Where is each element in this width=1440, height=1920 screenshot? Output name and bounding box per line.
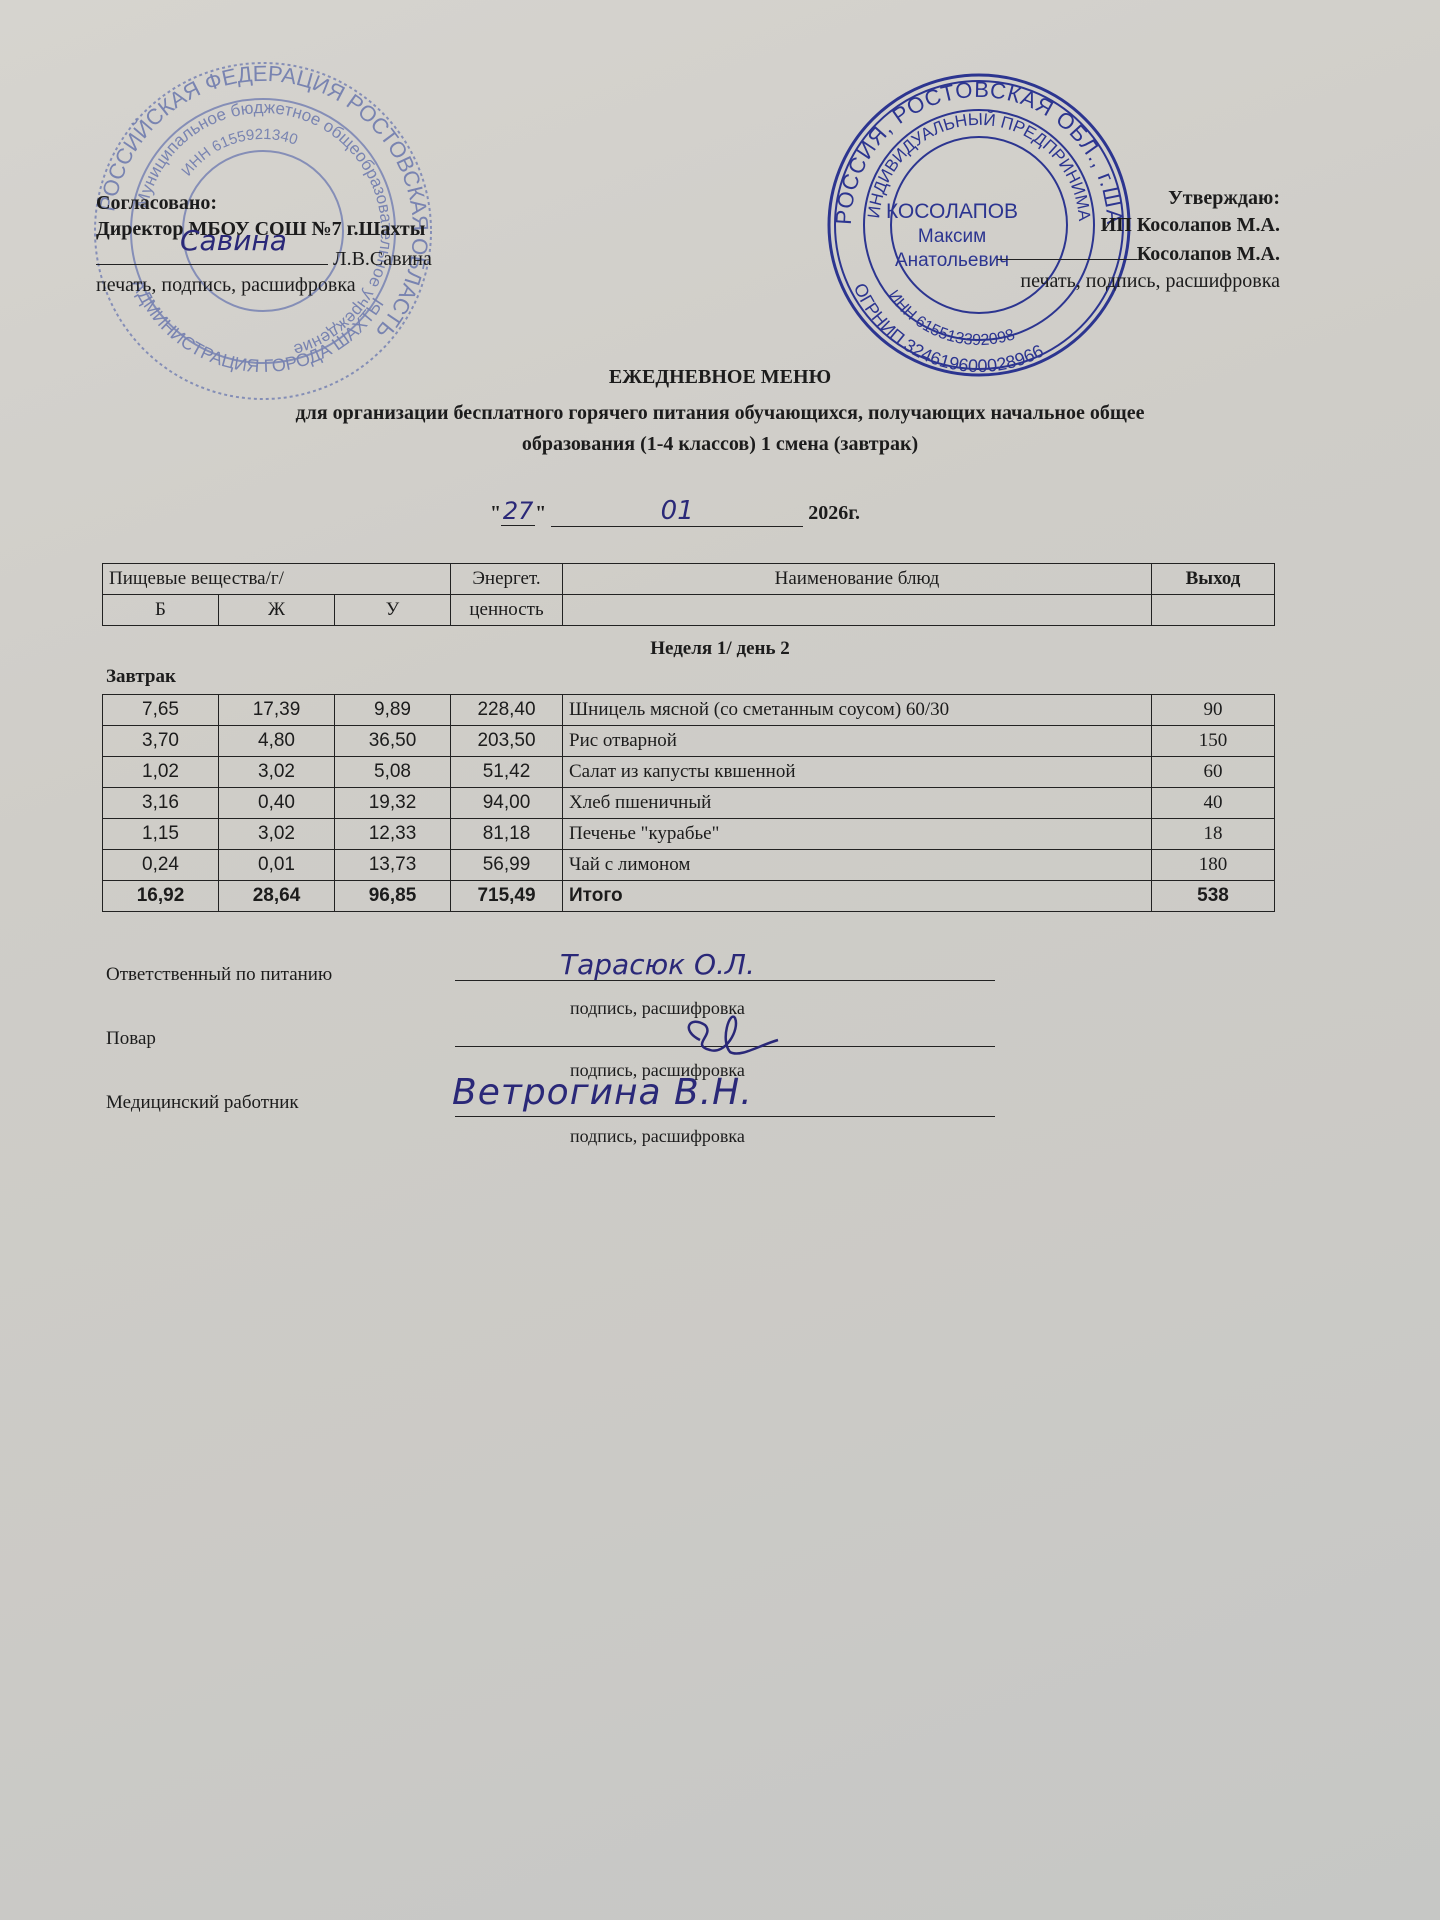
- menu-table: 7,6517,399,89228,40Шницель мясной (со см…: [102, 694, 1275, 912]
- signature-line: Савина: [96, 242, 328, 265]
- approval-left-caption: печать, подпись, расшифровка: [96, 272, 432, 298]
- document-subtitle-2: образования (1-4 классов) 1 смена (завтр…: [0, 433, 1440, 456]
- protein-cell: 16,92: [103, 881, 219, 912]
- dish-name-cell: Итого: [563, 881, 1152, 912]
- date-day: 27: [503, 497, 534, 525]
- yield-cell: 18: [1152, 819, 1275, 850]
- energy-cell: 228,40: [451, 695, 563, 726]
- dish-name-cell: Салат из капусты квшенной: [563, 757, 1152, 788]
- signature-role: Медицинский работник: [106, 1092, 299, 1114]
- protein-cell: 0,24: [103, 850, 219, 881]
- approval-left-heading: Согласовано:: [96, 190, 432, 216]
- dish-name-cell: Рис отварной: [563, 726, 1152, 757]
- table-row: 3,704,8036,50203,50Рис отварной150: [103, 726, 1275, 757]
- fat-cell: 3,02: [219, 757, 335, 788]
- fat-cell: 0,01: [219, 850, 335, 881]
- approval-right-line1: ИП Косолапов М.А.: [997, 212, 1280, 239]
- table-row: 1,023,025,0851,42Салат из капусты квшенн…: [103, 757, 1275, 788]
- yield-cell: 180: [1152, 850, 1275, 881]
- energy-cell: 81,18: [451, 819, 563, 850]
- fat-cell: 17,39: [219, 695, 335, 726]
- yield-cell: 150: [1152, 726, 1275, 757]
- header-nutrients: Пищевые вещества/г/: [103, 564, 451, 595]
- energy-cell: 56,99: [451, 850, 563, 881]
- carbs-cell: 9,89: [335, 695, 451, 726]
- document-date: "27" 01 2026г.: [490, 496, 860, 527]
- carbs-cell: 5,08: [335, 757, 451, 788]
- yield-cell: 90: [1152, 695, 1275, 726]
- dish-name-cell: Печенье "курабье": [563, 819, 1152, 850]
- carbs-cell: 19,32: [335, 788, 451, 819]
- protein-cell: 3,16: [103, 788, 219, 819]
- yield-cell: 40: [1152, 788, 1275, 819]
- protein-cell: 3,70: [103, 726, 219, 757]
- cook-signature-scribble: [660, 1010, 780, 1060]
- approval-left-signer: Л.В.Савина: [333, 248, 432, 270]
- dish-name-cell: Чай с лимоном: [563, 850, 1152, 881]
- date-month: 01: [661, 496, 694, 526]
- signature-role: Ответственный по питанию: [106, 964, 332, 986]
- document-subtitle-1: для организации бесплатного горячего пит…: [0, 402, 1440, 425]
- signature-line: [997, 239, 1137, 260]
- header-empty: [1152, 595, 1275, 626]
- total-row: 16,9228,6496,85715,49Итого538: [103, 881, 1275, 912]
- handwritten-signature: Ветрогина В.Н.: [452, 1072, 753, 1113]
- signature-role: Повар: [106, 1028, 156, 1050]
- approval-left: Согласовано: Директор МБОУ СОШ №7 г.Шахт…: [96, 190, 432, 298]
- table-row: 0,240,0113,7356,99Чай с лимоном180: [103, 850, 1275, 881]
- energy-cell: 94,00: [451, 788, 563, 819]
- energy-cell: 715,49: [451, 881, 563, 912]
- dish-name-cell: Шницель мясной (со сметанным соусом) 60/…: [563, 695, 1152, 726]
- handwritten-signature: Тарасюк О.Л.: [560, 948, 755, 981]
- table-row: 7,6517,399,89228,40Шницель мясной (со см…: [103, 695, 1275, 726]
- handwritten-signature: Савина: [180, 228, 287, 254]
- signature-line: [455, 1116, 995, 1117]
- header-carbs: У: [335, 595, 451, 626]
- approval-right-line2: Косолапов М.А.: [1137, 243, 1280, 265]
- approval-right-heading: Утверждаю:: [997, 185, 1280, 212]
- yield-cell: 60: [1152, 757, 1275, 788]
- approval-right-signer-line: Косолапов М.А.: [997, 239, 1280, 268]
- carbs-cell: 36,50: [335, 726, 451, 757]
- header-energy-value: ценность: [451, 595, 563, 626]
- header-fat: Ж: [219, 595, 335, 626]
- fat-cell: 28,64: [219, 881, 335, 912]
- carbs-cell: 96,85: [335, 881, 451, 912]
- fat-cell: 0,40: [219, 788, 335, 819]
- week-day-label: Неделя 1/ день 2: [0, 638, 1440, 660]
- approval-left-signer-line: Савина Л.В.Савина: [96, 242, 432, 272]
- carbs-cell: 13,73: [335, 850, 451, 881]
- fat-cell: 3,02: [219, 819, 335, 850]
- fat-cell: 4,80: [219, 726, 335, 757]
- protein-cell: 1,02: [103, 757, 219, 788]
- svg-text:Анатольевич: Анатольевич: [895, 250, 1009, 271]
- approval-right-caption: печать, подпись, расшифровка: [997, 268, 1280, 295]
- energy-cell: 203,50: [451, 726, 563, 757]
- dish-name-cell: Хлеб пшеничный: [563, 788, 1152, 819]
- signature-caption: подпись, расшифровка: [570, 1126, 745, 1147]
- header-dish-name: Наименование блюд: [563, 564, 1152, 595]
- header-empty: [563, 595, 1152, 626]
- yield-cell: 538: [1152, 881, 1275, 912]
- protein-cell: 7,65: [103, 695, 219, 726]
- date-year: 2026г.: [808, 502, 860, 524]
- approval-right: Утверждаю: ИП Косолапов М.А. Косолапов М…: [997, 185, 1280, 295]
- header-yield: Выход: [1152, 564, 1275, 595]
- header-protein: Б: [103, 595, 219, 626]
- table-row: 3,160,4019,3294,00Хлеб пшеничный40: [103, 788, 1275, 819]
- document-title: ЕЖЕДНЕВНОЕ МЕНЮ: [0, 366, 1440, 389]
- menu-header-table: Пищевые вещества/г/ Энергет. Наименовани…: [102, 563, 1275, 626]
- date-month-field: 01: [551, 496, 803, 527]
- table-row: 1,153,0212,3381,18Печенье "курабье"18: [103, 819, 1275, 850]
- meal-label: Завтрак: [106, 666, 176, 688]
- protein-cell: 1,15: [103, 819, 219, 850]
- header-energy: Энергет.: [451, 564, 563, 595]
- svg-text:Максим: Максим: [918, 226, 986, 247]
- date-day-field: 27: [501, 497, 535, 526]
- carbs-cell: 12,33: [335, 819, 451, 850]
- energy-cell: 51,42: [451, 757, 563, 788]
